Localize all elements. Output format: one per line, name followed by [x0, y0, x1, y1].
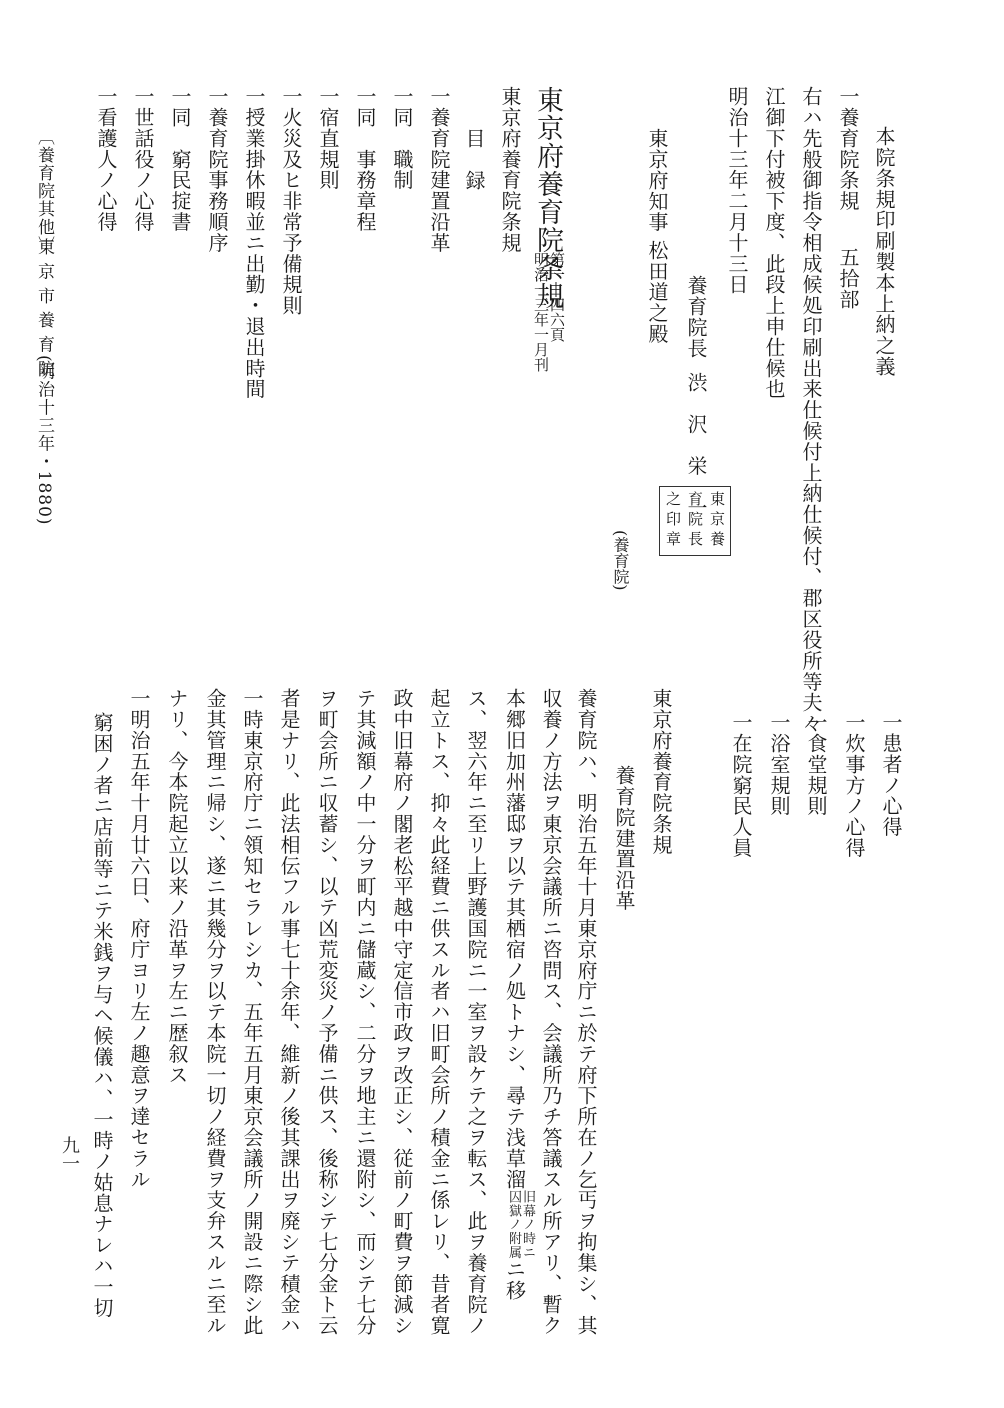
toc-label: 目 録 — [464, 128, 484, 191]
toc-item[interactable]: 一世話役ノ心得 — [133, 86, 153, 232]
body-line: 窮困ノ者ニ店前等ニテ米銭ヲ与ヘ候儀ハ、一時ノ姑息ナレハ一切 — [92, 712, 112, 1318]
body-text: 本郷旧加州藩邸ヲ以テ其栖宿ノ処トナシ、尋テ浅草溜 — [503, 688, 527, 1190]
toc-item[interactable]: 一養育院建置沿革 — [429, 86, 449, 253]
body-line: 政中旧幕府ノ閣老松平越中守定信市政ヲ改正シ、従前ノ町費ヲ節減シ — [392, 688, 412, 1336]
body-line: 収養ノ方法ヲ東京会議所ニ咨問ス、会議所乃チ答議スル所アリ、暫ク — [541, 688, 561, 1336]
toc-item[interactable]: 一同 窮民掟書 — [170, 86, 190, 232]
letter-date: 明治十三年二月十三日 — [727, 86, 747, 295]
subsection-title: 養育院建置沿革 — [614, 765, 634, 911]
official-seal: 東京養 育院長 之印章 — [659, 486, 731, 556]
footer-section: 〔養育院其他〕 — [32, 128, 57, 254]
source-note: (養育院) — [612, 530, 628, 590]
toc-item[interactable]: 一宿直規則 — [318, 86, 338, 191]
body-text: ニ移 — [503, 1259, 527, 1301]
toc-item[interactable]: 一養育院事務順序 — [207, 86, 227, 253]
toc-item[interactable]: 一炊事方ノ心得 — [844, 712, 864, 858]
body-line: ナリ、今本院起立以来ノ沿革ヲ左ニ歴叙ス — [167, 688, 187, 1085]
toc-item[interactable]: 一在院窮民人員 — [731, 712, 751, 858]
body-line: 本郷旧加州藩邸ヲ以テ其栖宿ノ処トナシ、尋テ浅草溜旧幕ノ時ニ 囚獄ノ附属ニ移 — [504, 688, 536, 1301]
toc-item[interactable]: 一浴室規則 — [769, 712, 789, 817]
rules-subtitle: 東京府養育院条規 — [500, 86, 520, 253]
rules-pages: 第一―四六頁 — [548, 252, 566, 342]
body-line: 金其管理ニ帰シ、遂ニ其幾分ヲ以テ本院一切ノ経費ヲ支弁スルニ至ル — [205, 688, 225, 1336]
body-line: 者是ナリ、此法相伝フル事七十余年、維新ノ後其課出ヲ廃シテ積金ハ — [279, 688, 299, 1336]
item-quantity: 五拾部 — [838, 247, 858, 310]
body-line: ヲ町会所ニ収蓄シ、以テ凶荒変災ノ予備ニ供ス、後称シテ七分金ト云 — [317, 688, 337, 1336]
toc-item[interactable]: 一患者ノ心得 — [881, 712, 901, 837]
body-line: テ其減額ノ中一分ヲ町内ニ儲蔵シ、二分ヲ地主ニ還附シ、而シテ七分 — [355, 688, 375, 1336]
body-line: 起立トス、抑々此経費ニ供スル者ハ旧町会所ノ積金ニ係レリ、昔者寛 — [429, 688, 449, 1336]
letter-body-line: 右ハ先般御指令相成候処印刷出来仕候付上納仕候付、郡区役所等夫々 — [801, 86, 821, 734]
footer-era: (明治十三年・1880) — [32, 355, 57, 526]
body-line: 養育院ハ、明治五年十月東京府庁ニ於テ府下所在ノ乞丐ヲ拘集シ、其 — [576, 688, 596, 1336]
body-line: ス、翌六年ニ至リ上野護国院ニ一室ヲ設ケテ之ヲ転ス、此ヲ養育院ノ — [466, 688, 486, 1336]
letter-heading: 本院条規印刷製本上納之義 — [874, 126, 894, 377]
inline-annotation: 旧幕ノ時ニ 囚獄ノ附属 — [506, 1190, 534, 1260]
page-number: 九一 — [56, 1136, 82, 1172]
rules-date: 明治一三年一月刊 — [532, 252, 550, 372]
recipient: 東京府知事 松田道之殿 — [647, 128, 667, 344]
toc-item[interactable]: 一看護人ノ心得 — [96, 86, 116, 232]
sender-title: 養育院長 — [686, 275, 706, 359]
toc-item[interactable]: 一火災及ヒ非常予備規則 — [281, 86, 301, 316]
toc-item[interactable]: 一同 事務章程 — [355, 86, 375, 232]
section-title: 東京府養育院条規 — [651, 688, 671, 855]
toc-item[interactable]: 一同 職制 — [392, 86, 412, 191]
body-line: 一明治五年十月廿六日、府庁ヨリ左ノ趣意ヲ達セラル — [129, 688, 149, 1190]
item-title: 一養育院条規 — [838, 86, 858, 211]
rules-publication-note: 第一―四六頁 明治一三年一月刊 — [533, 252, 565, 372]
toc-item[interactable]: 一食堂規則 — [806, 712, 826, 817]
toc-item[interactable]: 一授業掛休暇並ニ出勤・退出時間 — [244, 86, 264, 400]
letter-body-line: 江御下付被下度、此段上申仕候也 — [764, 86, 784, 400]
body-line: 一時東京府庁ニ領知セラレシカ、五年五月東京会議所ノ開設ニ際シ此 — [242, 688, 262, 1336]
